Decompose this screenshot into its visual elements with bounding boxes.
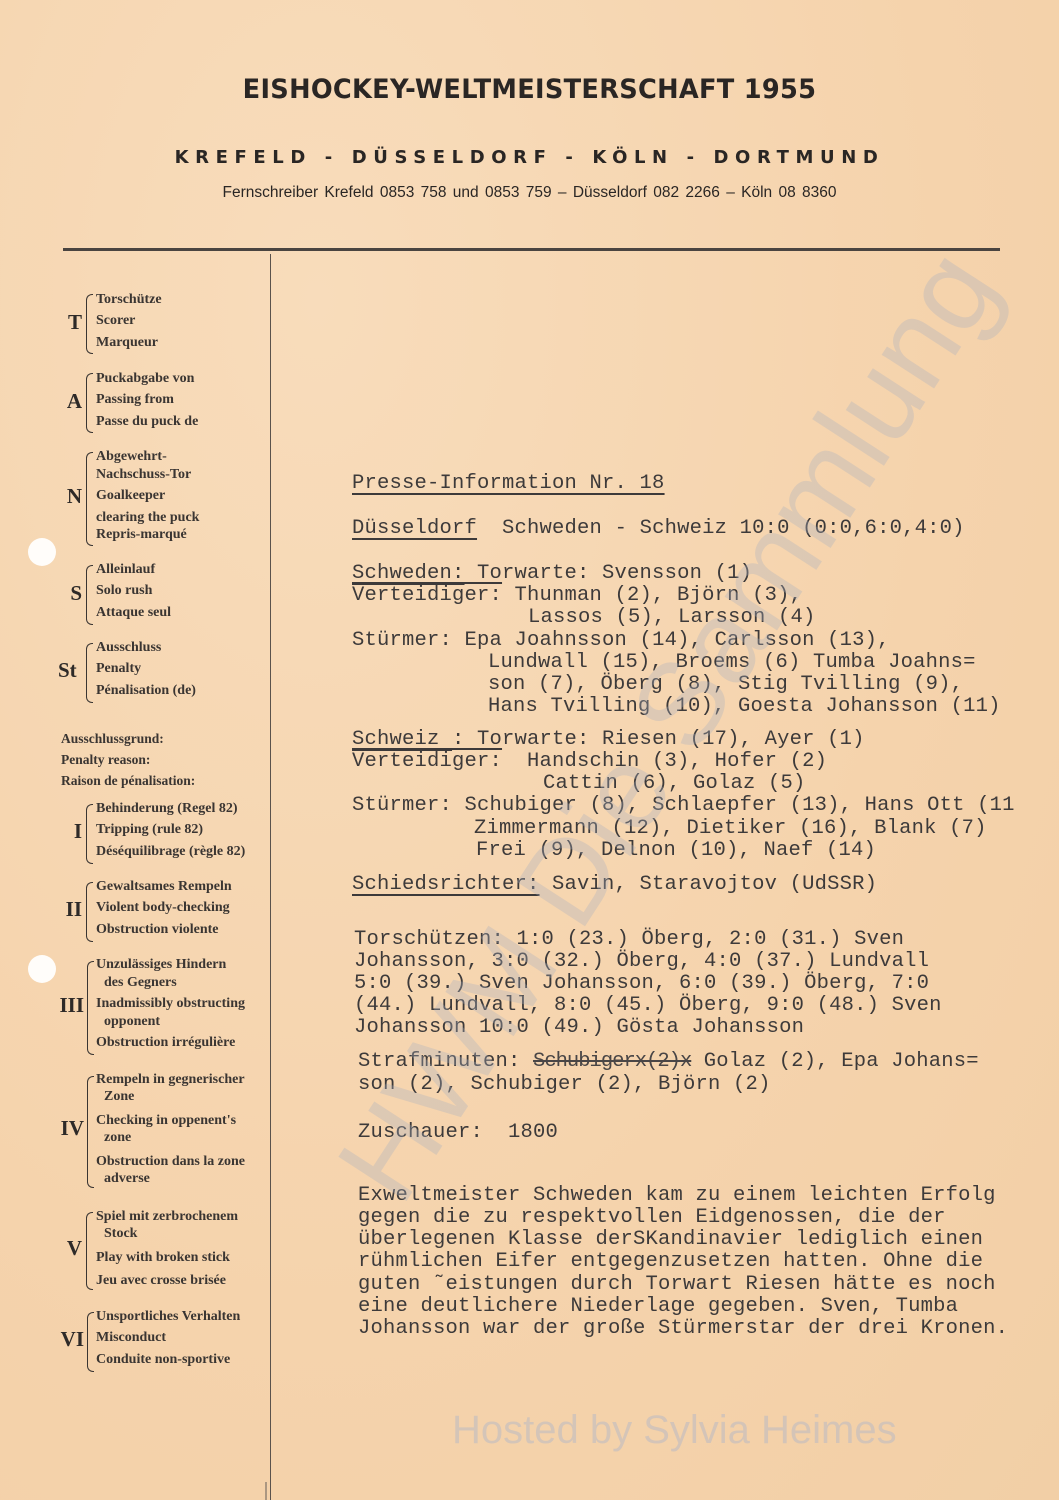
penalty-minutes-line: Strafminuten: Schubigerx(2)x Golaz (2), … bbox=[358, 1050, 979, 1073]
struck-out-text: Schubigerx(2)x bbox=[533, 1050, 691, 1073]
letterhead-telex: Fernschreiber Krefeld 0853 758 und 0853 … bbox=[0, 184, 1059, 202]
switzerland-defense-2: Cattin (6), Golaz (5) bbox=[543, 772, 806, 795]
legend-line: Gewaltsames Rempeln bbox=[96, 879, 232, 895]
legend-letter: II bbox=[58, 897, 82, 922]
legend-line: opponent bbox=[104, 1014, 160, 1030]
summary-line: Exweltmeister Schweden kam zu einem leic… bbox=[358, 1184, 996, 1207]
brace-icon bbox=[86, 294, 93, 354]
match-line: Düsseldorf Schweden - Schweiz 10:0 (0:0,… bbox=[352, 517, 965, 540]
forwards-label: Stürmer: bbox=[352, 794, 452, 817]
legend-line: zone bbox=[104, 1130, 131, 1146]
brace-icon bbox=[87, 961, 94, 1055]
legend-line: Passe du puck de bbox=[96, 414, 198, 430]
brace-icon bbox=[87, 1076, 94, 1188]
legend-letter: VI bbox=[58, 1327, 84, 1352]
switzerland-forwards-3: Frei (9), Delnon (10), Naef (14) bbox=[476, 839, 876, 862]
referees-line: Schiedsrichter: Savin, Staravojtov (UdSS… bbox=[352, 873, 877, 896]
match-result: Schweden - Schweiz 10:0 (0:0,6:0,4:0) bbox=[502, 517, 965, 540]
legend-line: adverse bbox=[104, 1171, 150, 1187]
legend-line: Jeu avec crosse brisée bbox=[96, 1273, 226, 1289]
legend-line: Penalty bbox=[96, 661, 141, 677]
column-divider bbox=[270, 254, 271, 1500]
scorers-line: (44.) Lundvall, 8:0 (45.) Öberg, 9:0 (48… bbox=[354, 994, 942, 1017]
legend-line: Misconduct bbox=[96, 1330, 166, 1346]
penalty-minutes-label: Strafminuten: bbox=[358, 1050, 533, 1073]
legend-line: des Gegners bbox=[104, 975, 177, 991]
brace-icon bbox=[86, 452, 93, 546]
legend-letter: I bbox=[58, 819, 82, 844]
legend-line: Attaque seul bbox=[96, 605, 171, 621]
legend-line: clearing the puck bbox=[96, 510, 199, 526]
scorers-line: 5:0 (39.) Sven Johansson, 6:0 (39.) Öber… bbox=[354, 972, 929, 995]
brace-icon bbox=[86, 882, 93, 942]
punch-hole bbox=[28, 538, 56, 566]
legend-line: Rempeln in gegnerischer bbox=[96, 1072, 245, 1088]
letterhead-cities: KREFELD - DÜSSELDORF - KÖLN - DORTMUND bbox=[0, 147, 1059, 168]
penalty-heading-fr: Raison de pénalisation: bbox=[61, 773, 195, 789]
switzerland-goalies-line: Schweiz : Torwarte: Riesen (17), Ayer (1… bbox=[352, 728, 865, 751]
legend-line: Passing from bbox=[96, 392, 174, 408]
legend-line: Stock bbox=[104, 1226, 137, 1242]
legend-letter: N bbox=[58, 484, 82, 509]
legend-line: Violent body-checking bbox=[96, 900, 230, 916]
legend-letter: S bbox=[58, 581, 82, 606]
legend-line: Obstruction dans la zone bbox=[96, 1154, 245, 1170]
sweden-forwards-1: Epa Joahnsson (14), Carlsson (13), bbox=[452, 629, 890, 652]
legend-letter: IV bbox=[58, 1116, 84, 1141]
header-rule bbox=[63, 248, 1000, 251]
legend-line: Alleinlauf bbox=[96, 562, 155, 578]
brace-icon bbox=[86, 643, 93, 703]
legend-line: Inadmissibly obstructing bbox=[96, 996, 245, 1012]
brace-icon bbox=[86, 373, 93, 433]
legend-letter: A bbox=[58, 389, 82, 414]
sweden-goalies-line: Schweden: Torwarte: Svensson (1) bbox=[352, 562, 752, 585]
legend-line: Repris-marqué bbox=[96, 527, 187, 543]
hosted-by-watermark: Hosted by Sylvia Heimes bbox=[452, 1408, 897, 1453]
penalty-heading-en: Penalty reason: bbox=[61, 752, 150, 768]
defense-label: Verteidiger: bbox=[352, 584, 502, 607]
scorers-line: Johansson, 3:0 (32.) Öberg, 4:0 (37.) Lu… bbox=[354, 950, 929, 973]
legend-line: Pénalisation (de) bbox=[96, 683, 196, 699]
summary-line: eine deutlichere Niederlage gegeben. Sve… bbox=[358, 1295, 958, 1318]
legend-letter: III bbox=[58, 993, 84, 1018]
legend-line: Spiel mit zerbrochenem bbox=[96, 1209, 238, 1225]
sweden-defense-2: Lassos (5), Larsson (4) bbox=[528, 606, 816, 629]
switzerland-defense-line: Verteidiger: Handschin (3), Hofer (2) bbox=[352, 750, 827, 773]
legend-line: Nachschuss-Tor bbox=[96, 467, 191, 483]
legend-line: Abgewehrt- bbox=[96, 449, 167, 465]
brace-icon bbox=[86, 804, 93, 864]
legend-line: Obstruction violente bbox=[96, 922, 219, 938]
switzerland-defense-1: Handschin (3), Hofer (2) bbox=[502, 750, 827, 773]
brace-icon bbox=[87, 1312, 94, 1372]
sweden-forwards-line: Stürmer: Epa Joahnsson (14), Carlsson (1… bbox=[352, 629, 890, 652]
summary-line: überlegenen Klasse derSKandinavier ledig… bbox=[358, 1228, 983, 1251]
legend-line: Goalkeeper bbox=[96, 488, 165, 504]
legend-line: Conduite non-sportive bbox=[96, 1352, 230, 1368]
scorers-line: Torschützen: 1:0 (23.) Öberg, 2:0 (31.) … bbox=[354, 928, 904, 951]
penalty-minutes-1: Golaz (2), Epa Johans= bbox=[691, 1050, 979, 1073]
summary-line: gegen die zu respektvollen Eidgenossen, … bbox=[358, 1206, 946, 1229]
paper-mark bbox=[265, 1482, 267, 1500]
legend-line: Torschütze bbox=[96, 292, 162, 308]
legend-line: Tripping (rule 82) bbox=[96, 822, 203, 838]
defense-label: Verteidiger: bbox=[352, 750, 502, 773]
legend-line: Obstruction irrégulière bbox=[96, 1035, 235, 1051]
legend-line: Behinderung (Regel 82) bbox=[96, 801, 238, 817]
penalty-heading-de: Ausschlussgrund: bbox=[61, 731, 164, 747]
legend-line: Marqueur bbox=[96, 335, 158, 351]
referees-label: Schiedsrichter: bbox=[352, 873, 540, 896]
penalty-minutes-2: son (2), Schubiger (2), Björn (2) bbox=[358, 1073, 771, 1096]
legend-line: Puckabgabe von bbox=[96, 371, 194, 387]
legend-letter: V bbox=[58, 1236, 82, 1261]
team-label-sweden: Schweden: bbox=[352, 562, 465, 585]
sweden-forwards-4: Hans Tvilling (10), Goesta Johansson (11… bbox=[488, 695, 1001, 718]
forwards-label: Stürmer: bbox=[352, 629, 452, 652]
switzerland-goalies: : Torwarte: Riesen (17), Ayer (1) bbox=[452, 728, 865, 751]
legend-line: Unsportliches Verhalten bbox=[96, 1309, 240, 1325]
report-title: Presse-Information Nr. 18 bbox=[352, 472, 665, 495]
legend-line: Checking in oppenent's bbox=[96, 1113, 236, 1129]
legend-line: Ausschluss bbox=[96, 640, 161, 656]
summary-line: guten ˜eistungen durch Torwart Riesen hä… bbox=[358, 1273, 996, 1296]
legend-line: Unzulässiges Hindern bbox=[96, 957, 226, 973]
venue: Düsseldorf bbox=[352, 517, 477, 540]
legend-line: Play with broken stick bbox=[96, 1250, 230, 1266]
sweden-defense-line: Verteidiger: Thunman (2), Björn (3), bbox=[352, 584, 802, 607]
brace-icon bbox=[86, 1212, 93, 1290]
sweden-defense-1: Thunman (2), Björn (3), bbox=[502, 584, 802, 607]
legend-letter: T bbox=[58, 310, 82, 335]
sweden-goalies: Torwarte: Svensson (1) bbox=[465, 562, 753, 585]
summary-line: rühmlichen Eifer entgegenzusetzen hatten… bbox=[358, 1250, 983, 1273]
spectators: Zuschauer: 1800 bbox=[358, 1121, 558, 1144]
legend-letter: St bbox=[58, 658, 84, 683]
switzerland-forwards-line: Stürmer: Schubiger (8), Schlaepfer (13),… bbox=[352, 794, 1015, 817]
letterhead-title: EISHOCKEY-WELTMEISTERSCHAFT 1955 bbox=[26, 74, 1032, 105]
switzerland-forwards-2: Zimmermann (12), Dietiker (16), Blank (7… bbox=[474, 817, 987, 840]
sweden-forwards-3: son (7), Öberg (8), Stig Tvilling (9), bbox=[488, 673, 963, 696]
legend-line: Solo rush bbox=[96, 583, 152, 599]
legend-line: Déséquilibrage (règle 82) bbox=[96, 844, 245, 860]
brace-icon bbox=[86, 565, 93, 625]
summary-line: Johansson war der große Stürmerstar der … bbox=[358, 1317, 1008, 1340]
team-label-switzerland: Schweiz bbox=[352, 728, 452, 751]
punch-hole bbox=[28, 955, 56, 983]
legend-line: Scorer bbox=[96, 313, 135, 329]
switzerland-forwards-1: Schubiger (8), Schlaepfer (13), Hans Ott… bbox=[452, 794, 1015, 817]
scorers-line: Johansson 10:0 (49.) Gösta Johansson bbox=[354, 1016, 804, 1039]
referees-value: Savin, Staravojtov (UdSSR) bbox=[540, 873, 878, 896]
sweden-forwards-2: Lundwall (15), Broems (6) Tumba Joahns= bbox=[488, 651, 976, 674]
legend-line: Zone bbox=[104, 1089, 134, 1105]
